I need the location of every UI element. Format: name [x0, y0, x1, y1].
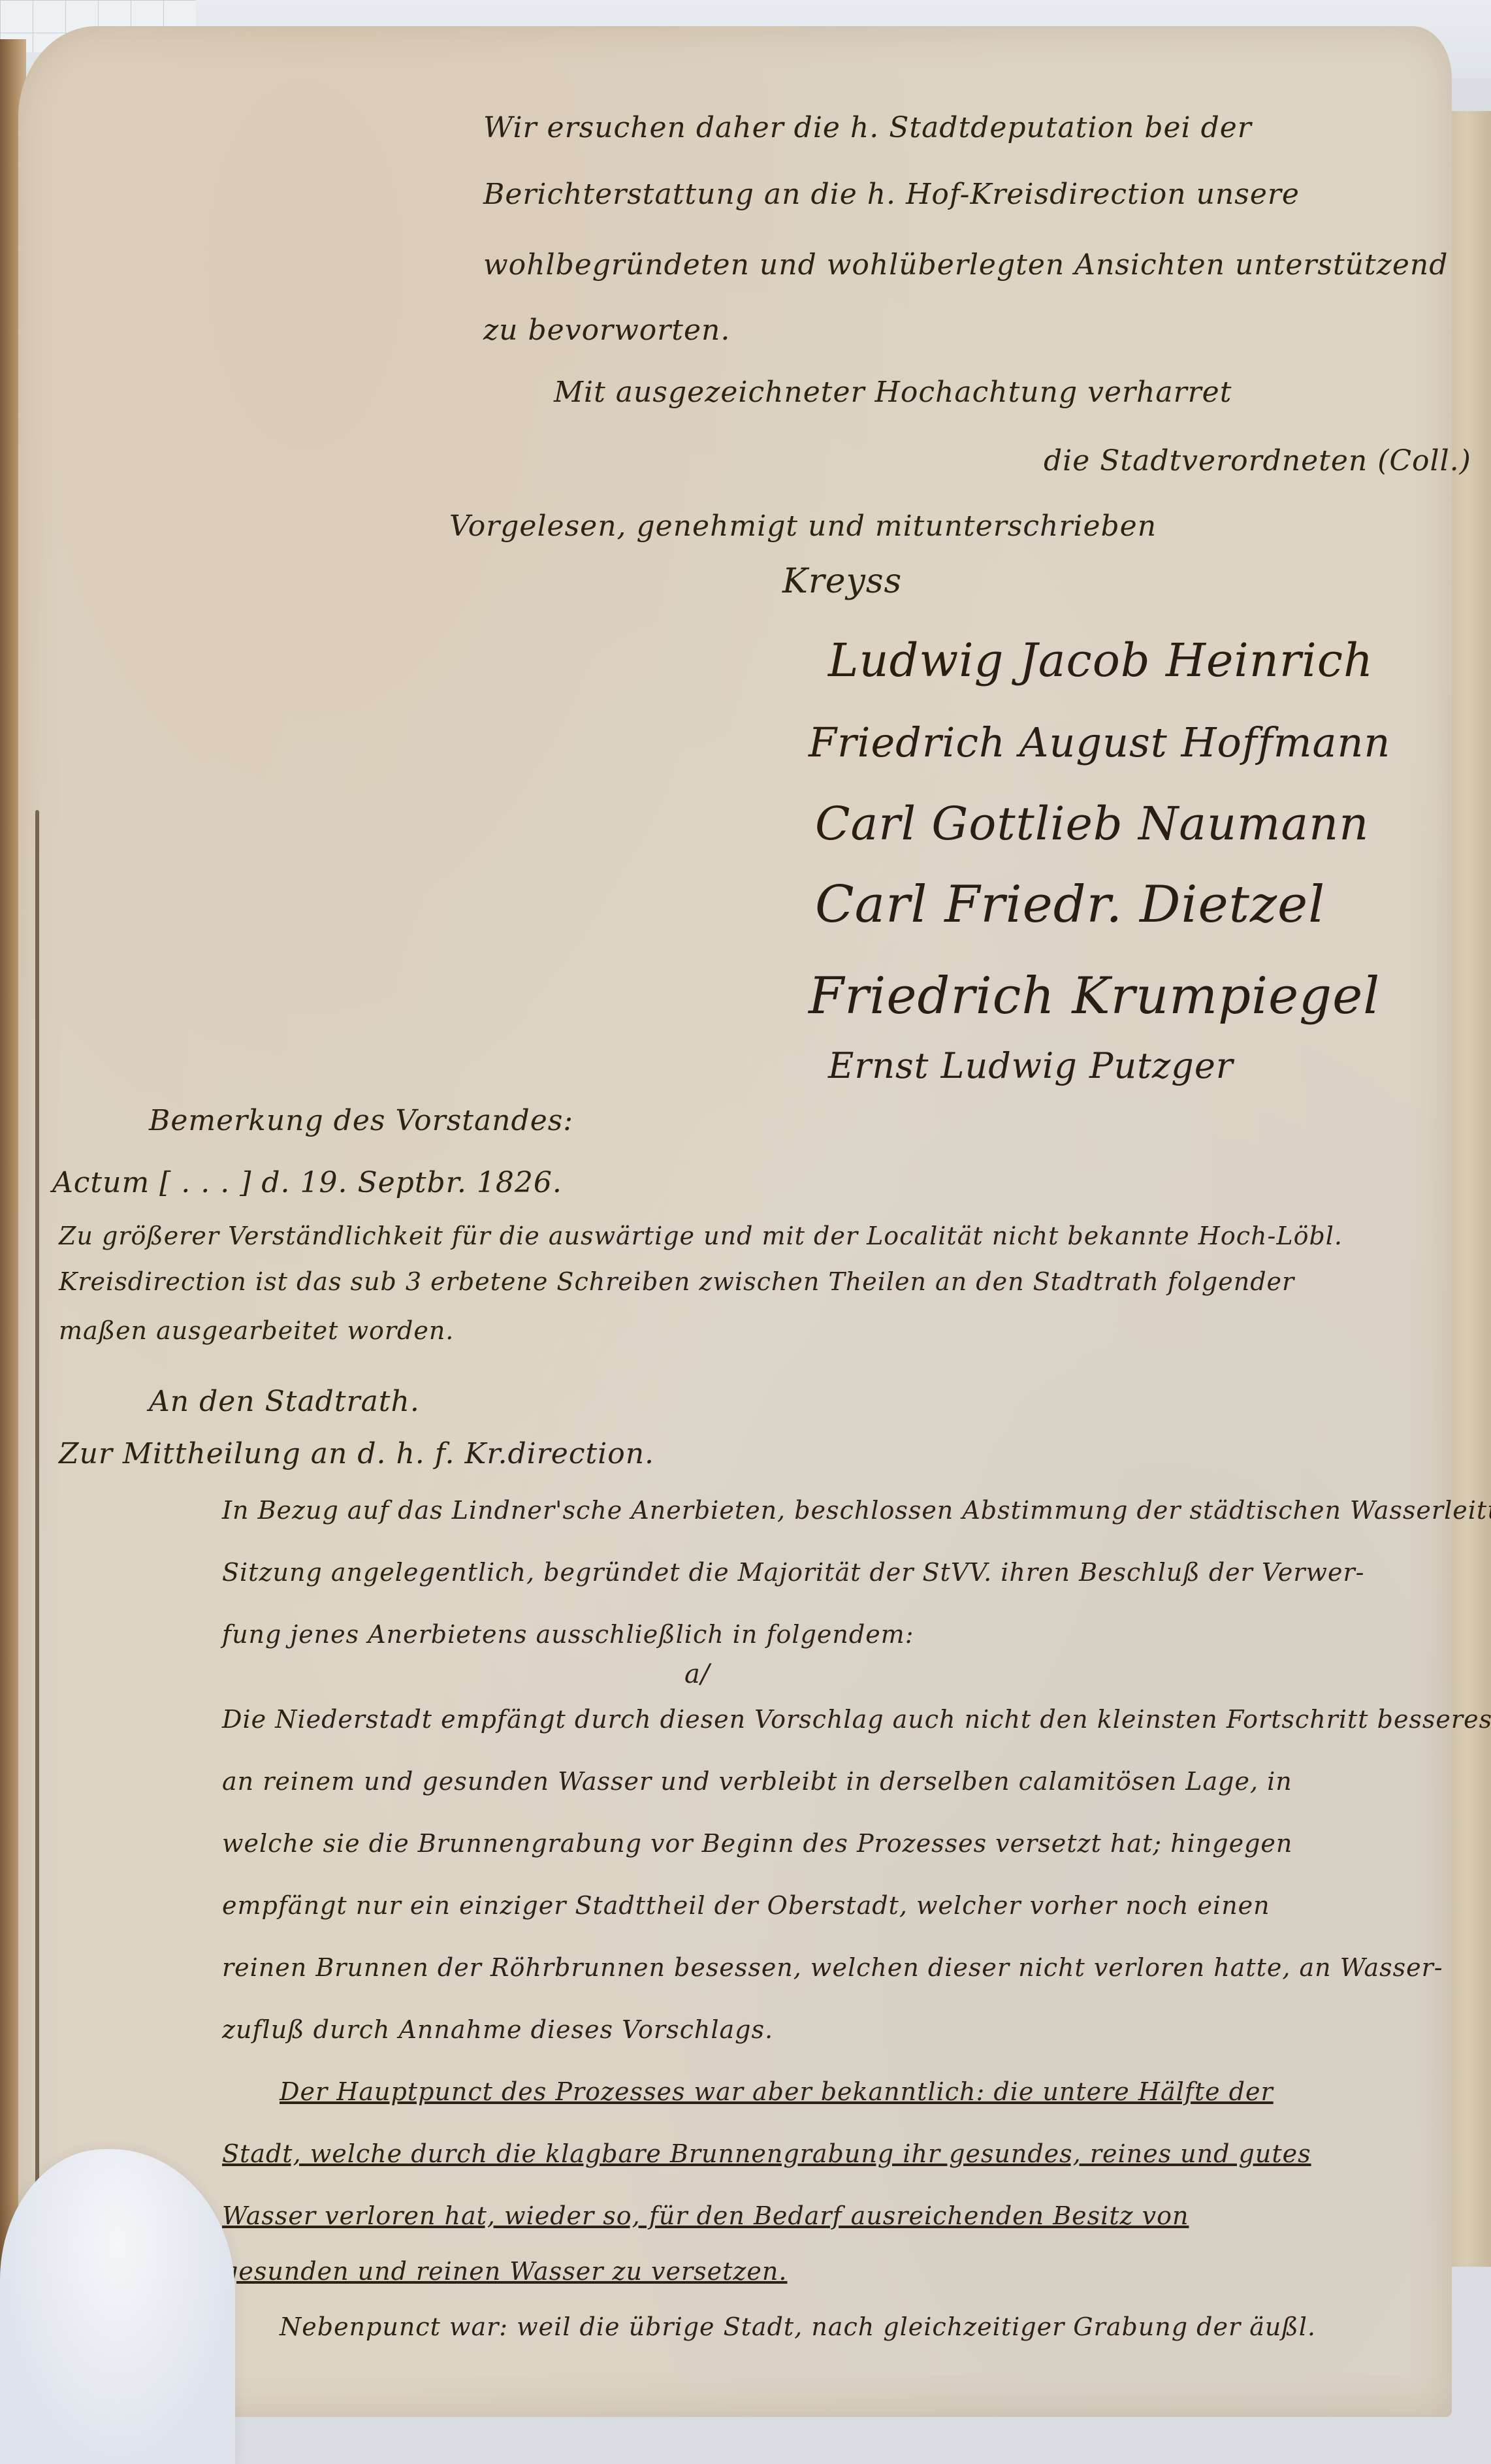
note-body-line: maßen ausgearbeitet worden. [59, 1316, 454, 1345]
closing-line-3: wohlbegründeten und wohlüberlegten Ansic… [483, 248, 1448, 282]
signature: Friedrich Krumpiegel [809, 967, 1380, 1026]
main-point-line: Stadt, welche durch die klagbare Brunnen… [222, 2139, 1311, 2168]
signature: Carl Friedr. Dietzel [815, 875, 1325, 934]
main-point-line: Der Hauptpunct des Prozesses war aber be… [280, 2077, 1274, 2106]
binding-crease [35, 810, 39, 2247]
section-a-line: Die Niederstadt empfängt durch diesen Vo… [222, 1705, 1491, 1734]
respect-line: Mit ausgezeichneter Hochachtung verharre… [554, 376, 1232, 409]
secondary-point-line: Nebenpunct war: weil die übrige Stadt, n… [280, 2312, 1316, 2341]
signature: Carl Gottlieb Naumann [815, 797, 1369, 851]
attestation-line: Vorgelesen, genehmigt und mitunterschrie… [449, 510, 1157, 543]
closing-line-2: Berichterstattung an die h. Hof-Kreisdir… [483, 178, 1300, 211]
main-point-line: gesunden und reinen Wasser zu versetzen. [222, 2257, 787, 2286]
signature: Ludwig Jacob Heinrich [828, 634, 1373, 687]
closing-line-1: Wir ersuchen daher die h. Stadtdeputatio… [483, 111, 1252, 144]
signature: Ernst Ludwig Putzger [828, 1045, 1234, 1086]
white-cotton-glove [0, 2149, 235, 2464]
section-a-line: reinen Brunnen der Röhrbrunnen besessen,… [222, 1953, 1443, 1982]
section-marker: a/ [684, 1659, 710, 1689]
note-body-line: Zu größerer Verständlichkeit für die aus… [59, 1222, 1343, 1250]
section-a-line: zufluß durch Annahme dieses Vorschlags. [222, 2015, 773, 2044]
section-a-line: empfängt nur ein einziger Stadttheil der… [222, 1891, 1270, 1920]
body-line: In Bezug auf das Lindner'sche Anerbieten… [222, 1496, 1491, 1525]
book-page-stack-edge [1452, 111, 1491, 2267]
note-date: Actum [ . . . ] d. 19. Septbr. 1826. [52, 1166, 562, 1199]
addressee-line-1: An den Stadtrath. [149, 1385, 420, 1418]
addressee-line-2: Zur Mittheilung an d. h. f. Kr.direction… [59, 1437, 654, 1470]
attestation-name: Kreyss [782, 562, 902, 601]
signatory-body: die Stadtverordneten (Coll.) [1044, 444, 1471, 478]
section-a-line: an reinem und gesunden Wasser und verble… [222, 1767, 1292, 1796]
note-heading: Bemerkung des Vorstandes: [149, 1104, 573, 1137]
body-line: fung jenes Anerbietens ausschließlich in… [222, 1620, 914, 1649]
signature: Friedrich August Hoffmann [809, 719, 1390, 766]
manuscript-page: Wir ersuchen daher die h. Stadtdeputatio… [18, 26, 1452, 2417]
section-a-line: welche sie die Brunnengrabung vor Beginn… [222, 1829, 1292, 1858]
main-point-line: Wasser verloren hat, wieder so, für den … [222, 2201, 1189, 2230]
closing-line-4: zu bevorworten. [483, 314, 730, 347]
body-line: Sitzung angelegentlich, begründet die Ma… [222, 1558, 1365, 1587]
note-body-line: Kreisdirection ist das sub 3 erbetene Sc… [59, 1267, 1294, 1296]
